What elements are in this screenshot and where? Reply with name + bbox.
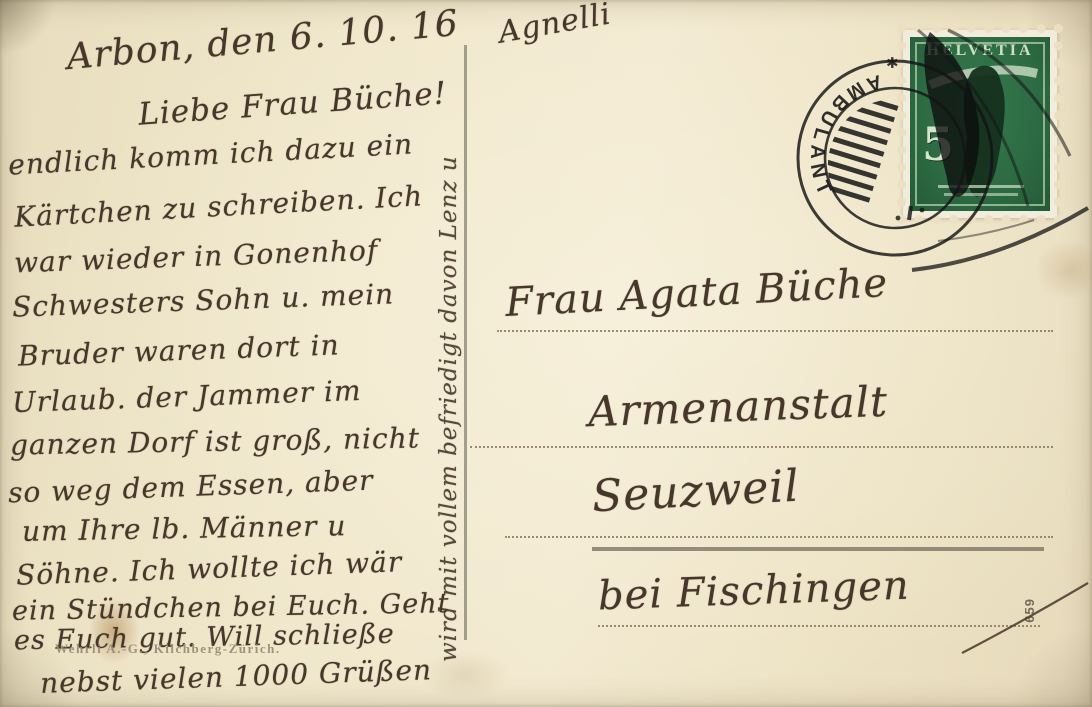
message-line: um Ihre lb. Männer u: [22, 509, 347, 548]
postmark-star: ✱: [886, 54, 899, 72]
address-place: Seuzweil: [591, 461, 801, 523]
pen-flourish: [960, 575, 1092, 665]
address-dotted-line: [505, 536, 1053, 538]
printer-imprint: Wehrli A.-G., Kilchberg-Zürich.: [55, 641, 281, 657]
address-dotted-line: [470, 446, 1053, 448]
address-rule-line: [592, 547, 1044, 551]
vertical-message-note: wird mit vollem befriedigt davon Lenz u: [436, 87, 462, 662]
address-dotted-line: [497, 330, 1053, 332]
cancel-ink-blob: [924, 32, 979, 197]
address-institution: Armenanstalt: [587, 377, 889, 436]
postmark-ambulant: AMBULANT ✱: [770, 38, 1092, 283]
divider-line: [464, 45, 467, 640]
